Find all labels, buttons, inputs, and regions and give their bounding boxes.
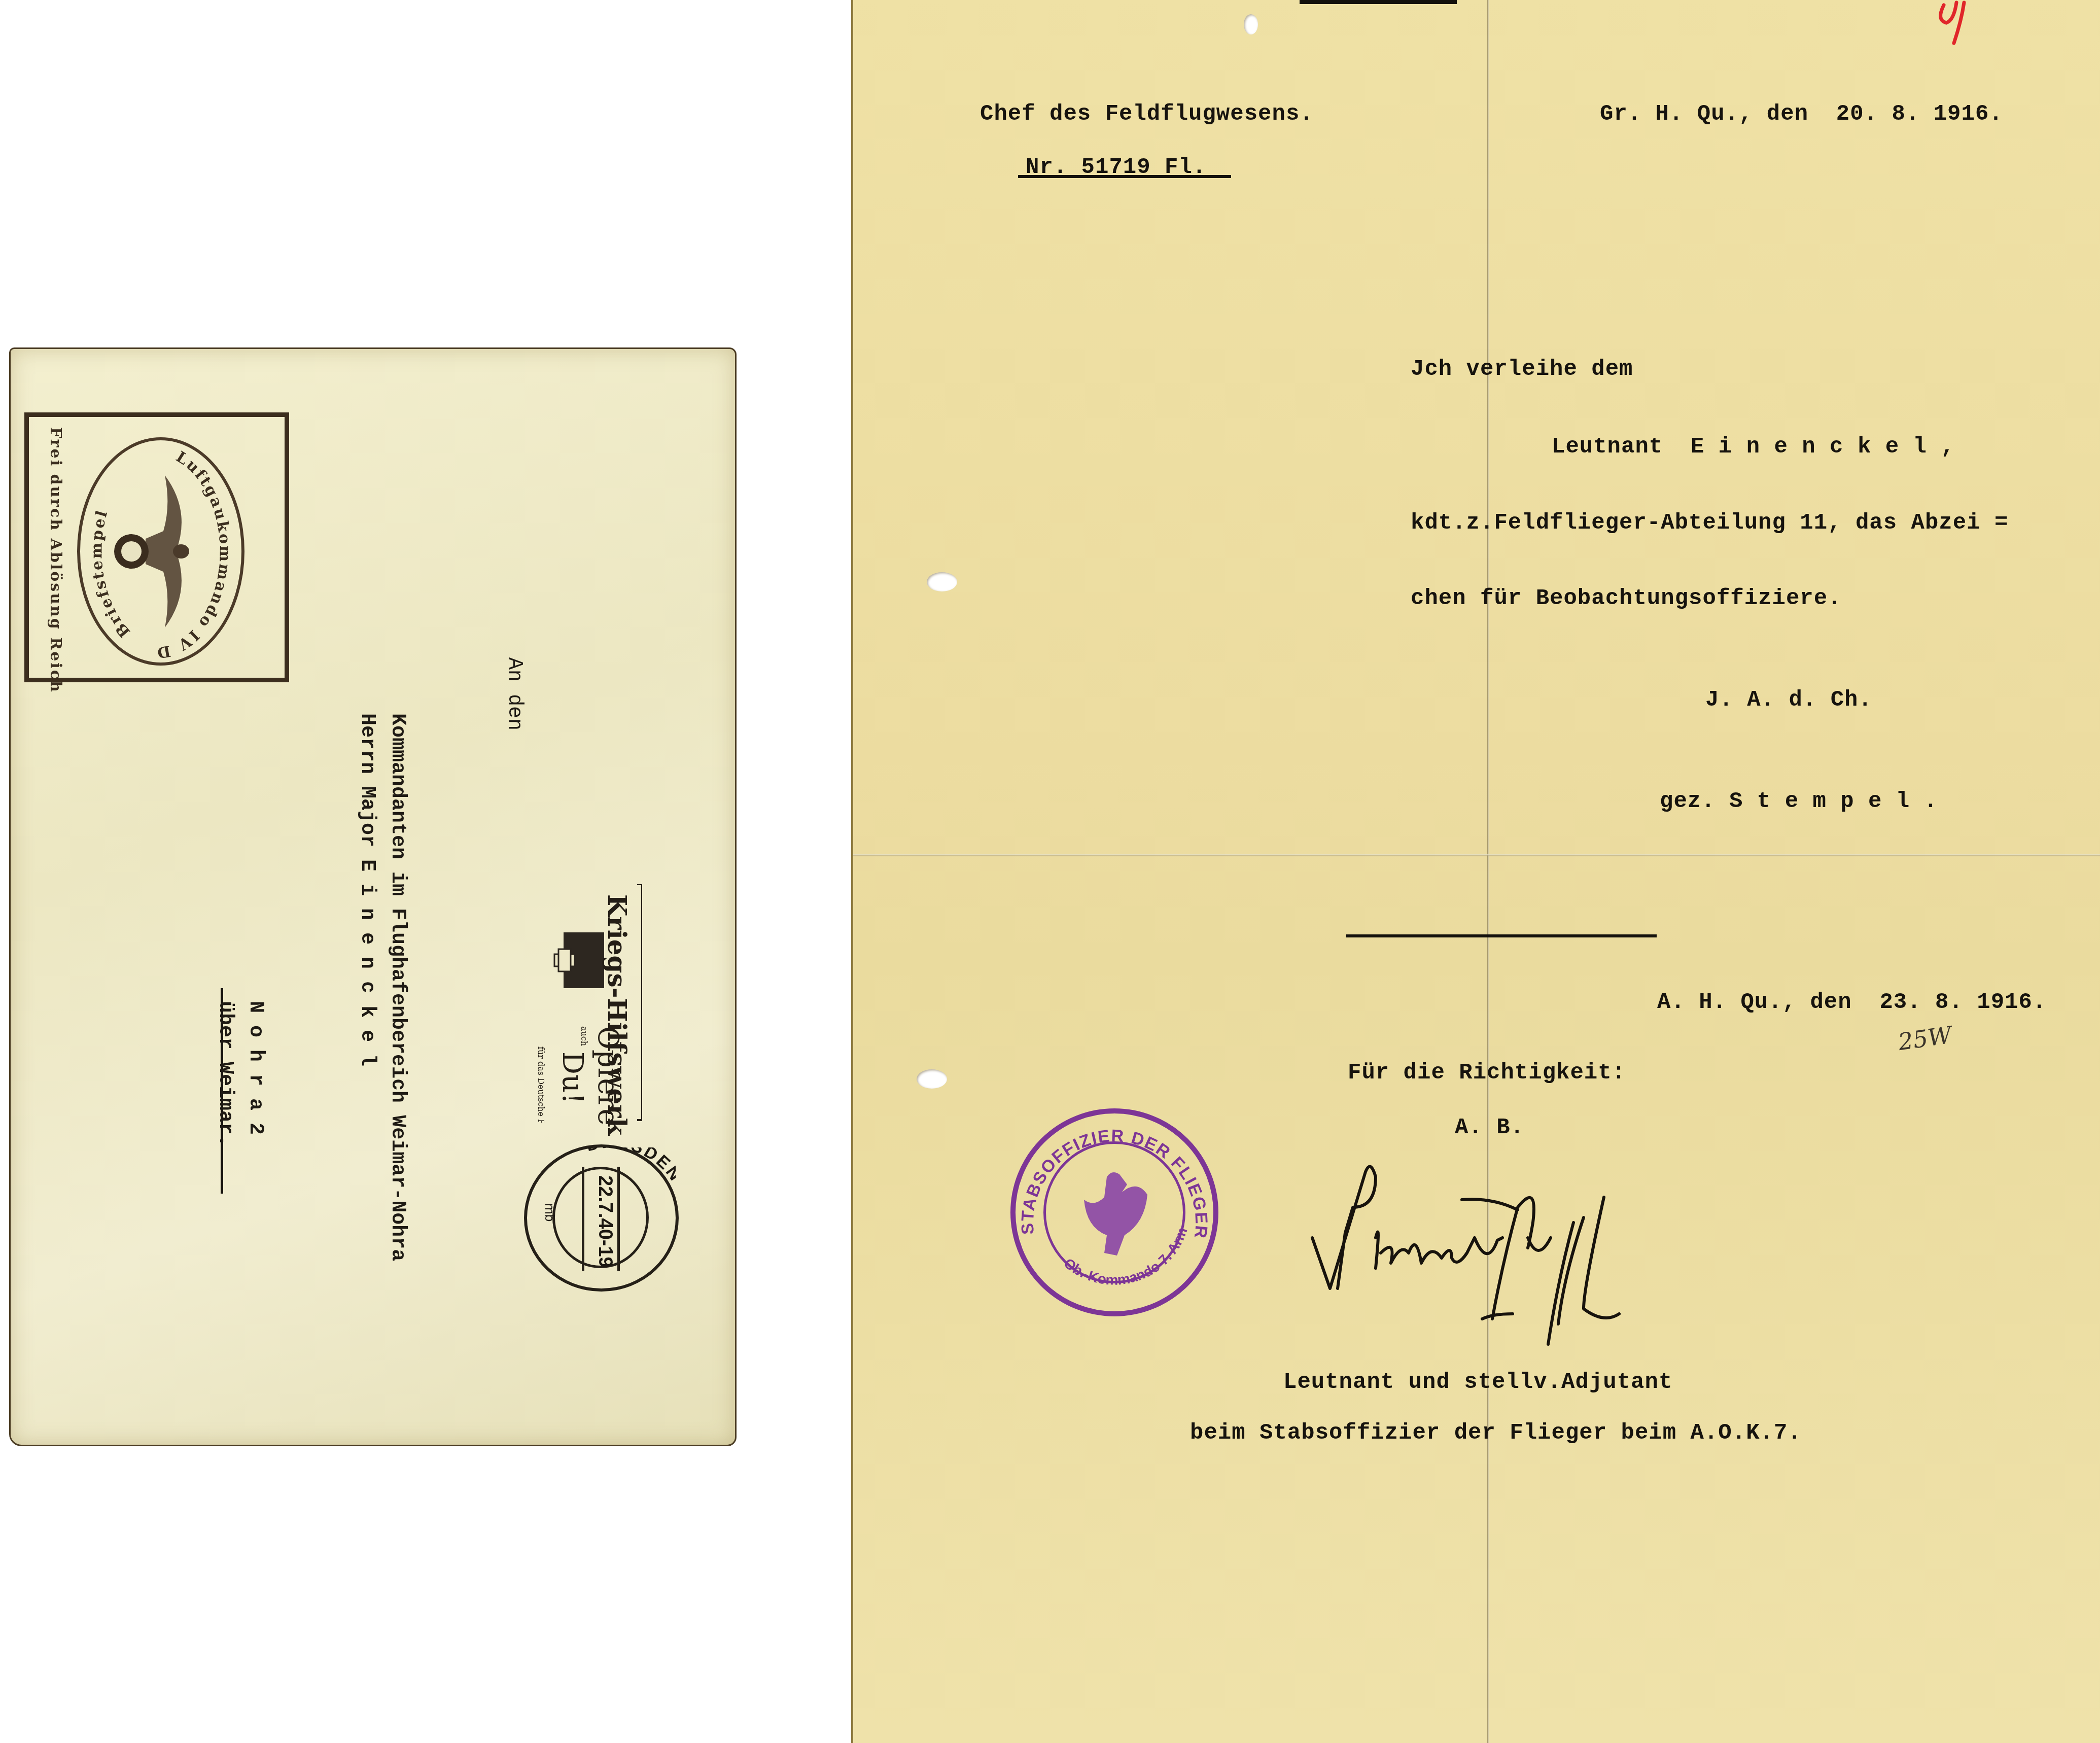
dateline-2: A. H. Qu., den 23. 8. 1916. bbox=[1657, 990, 2046, 1015]
slogan-cancel: für das Deutsche Rote Kreuz Kriegs-Hilfs… bbox=[518, 884, 642, 1123]
eagle-emblem-icon bbox=[1084, 1172, 1147, 1256]
top-rule bbox=[1300, 0, 1457, 4]
franking-side-text: Frei durch Ablösung Reich bbox=[47, 427, 64, 693]
svg-text:Briefstempel: Briefstempel bbox=[88, 507, 134, 641]
signer-title-2: beim Stabsoffizier der Flieger beim A.O.… bbox=[1190, 1420, 1802, 1446]
svg-text:DRESDEN A 24: DRESDEN A 24 bbox=[584, 1147, 676, 1235]
certification-label: Für die Richtigkeit: bbox=[1348, 1060, 1626, 1086]
punch-hole bbox=[1244, 14, 1258, 34]
address-via: über Weimar. bbox=[214, 1001, 236, 1147]
slogan-line-1: Opfere bbox=[591, 1026, 624, 1126]
closing-2: gez. S t e m p e l . bbox=[1660, 789, 1938, 814]
punch-hole bbox=[917, 1069, 947, 1089]
signer-title-1: Leutnant und stellv.Adjutant bbox=[1283, 1370, 1672, 1395]
franking-seal: Luftgaukommando IV Dresden Briefstempel bbox=[77, 437, 244, 666]
separator-line bbox=[1346, 934, 1657, 937]
reference-underline bbox=[1018, 175, 1231, 178]
red-crayon-mark bbox=[1934, 0, 2010, 46]
franking-seal-ring-text: Luftgaukommando IV Dresden Briefstempel bbox=[80, 440, 241, 663]
horizontal-fold bbox=[853, 854, 2100, 856]
address-line-2: Herrn Major E i n e n c k e l bbox=[356, 713, 378, 1066]
punch-hole bbox=[927, 572, 957, 591]
slogan-small: auch bbox=[579, 1026, 589, 1046]
body-line-4: chen für Beobachtungsoffiziere. bbox=[1411, 586, 1842, 611]
vertical-fold bbox=[1487, 0, 1489, 1743]
handwritten-signature: Schwartzkopff bbox=[1300, 1162, 1665, 1375]
handwritten-note: 25W bbox=[1897, 1021, 1953, 1056]
document-page: Chef des Feldflugwesens. Nr. 51719 Fl. G… bbox=[851, 0, 2100, 1743]
body-line-3: kdt.z.Feldflieger-Abteilung 11, das Abze… bbox=[1411, 510, 2008, 536]
franking-stamp-box: Frei durch Ablösung Reich Luftgaukommand… bbox=[24, 412, 289, 682]
body-line-1: Jch verleihe dem bbox=[1411, 357, 1633, 382]
closing-1: J. A. d. Ch. bbox=[1705, 687, 1872, 713]
official-seal: STABSOFFIZIER DER FLIEGER Ob.-Kommando 7… bbox=[1010, 1108, 1218, 1316]
body-line-2: Leutnant E i n e n c k e l , bbox=[1552, 434, 1955, 460]
eagle-emblem-icon bbox=[114, 475, 189, 628]
dateline: Gr. H. Qu., den 20. 8. 1916. bbox=[1600, 101, 2003, 127]
address-line-1: Kommandanten im Flughafenbereich Weimar-… bbox=[386, 713, 409, 1261]
postmark: 22.7.40-19 mb DRESDEN A 24 bbox=[524, 1144, 679, 1292]
sender-heading: Chef des Feldflugwesens. bbox=[980, 101, 1314, 127]
address-city: N o h r a 2 bbox=[244, 1001, 267, 1135]
envelope: Frei durch Ablösung Reich Luftgaukommand… bbox=[9, 347, 737, 1446]
certification-abbrev: A. B. bbox=[1455, 1115, 1524, 1140]
address-salutation: An den bbox=[503, 657, 526, 730]
svg-text:für das Deutsche Rote Kreuz: für das Deutsche Rote Kreuz bbox=[536, 1047, 546, 1123]
slogan-line-2: Du! bbox=[556, 1052, 589, 1104]
